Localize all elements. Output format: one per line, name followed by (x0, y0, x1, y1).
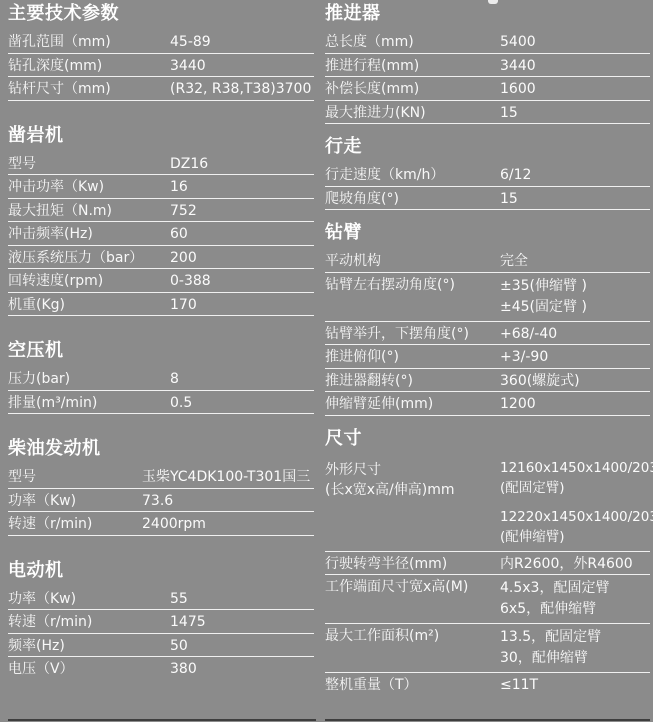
spec-label: 工作端面尺寸宽x高(M) (325, 578, 500, 597)
spec-value: ±35(伸缩臂 ) ±45(固定臂 ) (500, 276, 650, 318)
spec-label: 液压系统压力（bar） (8, 249, 170, 268)
spec-value: 15 (500, 190, 650, 209)
spec-label: 行走速度（km/h） (325, 166, 500, 185)
right-column: 推进器 总长度（mm) 5400 推进行程(mm) 3440 补偿长度(mm) … (325, 3, 650, 697)
section-air-compressor: 空压机 压力(bar) 8 排量(m³/min) 0.5 (8, 340, 314, 414)
bottom-divider-left (8, 719, 316, 721)
spec-value-alt: 12220x1450x1400/2035mm (配伸缩臂) (500, 507, 650, 547)
spec-label: 型号 (8, 155, 170, 174)
spec-row: 转速（r/min) 1475 (8, 610, 314, 634)
spec-value: 360(螺旋式) (500, 372, 650, 391)
spec-row: 伸缩臂延伸(mm) 1200 (325, 392, 650, 416)
section-title: 空压机 (8, 340, 314, 362)
spec-row: 最大扭矩（N.m) 752 (8, 199, 314, 223)
spec-value: +3/-90 (500, 348, 650, 367)
spec-label: 凿孔范围（mm) (8, 33, 170, 52)
spec-row: 型号 玉柴YC4DK100-T301国三 (8, 465, 314, 489)
spec-row: 频率(Hz) 50 (8, 634, 314, 658)
spec-label: 推进行程(mm) (325, 57, 500, 76)
section-feed: 推进器 总长度（mm) 5400 推进行程(mm) 3440 补偿长度(mm) … (325, 3, 650, 124)
spec-label: 频率(Hz) (8, 637, 170, 656)
spec-value: 0.5 (170, 394, 314, 413)
spec-row: 冲击频率(Hz) 60 (8, 222, 314, 246)
spec-label: 总长度（mm) (325, 33, 500, 52)
spec-label: 转速（r/min) (8, 613, 170, 632)
spec-label: 型号 (8, 468, 142, 487)
spec-row: 钻孔深度(mm) 3440 (8, 54, 314, 78)
spec-label: 外形尺寸 (长x宽x高/伸高)mm (325, 458, 500, 500)
spec-value: 3440 (500, 57, 650, 76)
section-title: 行走 (325, 136, 650, 158)
spec-label: 钻臂举升，下摆角度(°) (325, 325, 500, 344)
spec-value: 内R2600，外R4600 (500, 555, 650, 574)
spec-row: 整机重量（T） ≤11T (325, 673, 650, 697)
section-title: 尺寸 (325, 428, 650, 450)
spec-value: 完全 (500, 252, 650, 271)
spec-row: 回转速度(rpm) 0-388 (8, 269, 314, 293)
spec-label: 功率（Kw) (8, 492, 142, 511)
left-column: 主要技术参数 凿孔范围（mm) 45-89 钻孔深度(mm) 3440 钻杆尺寸… (8, 3, 314, 681)
spec-value: 4.5x3，配固定臂 6x5，配伸缩臂 (500, 578, 650, 620)
spec-value: 380 (170, 660, 314, 679)
spec-label: 转速（r/min) (8, 515, 142, 534)
section-title: 柴油发动机 (8, 438, 314, 460)
spec-row: 补偿长度(mm) 1600 (325, 77, 650, 101)
spec-value: 1600 (500, 80, 650, 99)
spec-row: 工作端面尺寸宽x高(M) 4.5x3，配固定臂 6x5，配伸缩臂 (325, 575, 650, 624)
spec-value: 200 (170, 249, 314, 268)
spec-label: 爬坡角度(°) (325, 190, 500, 209)
spec-row: 平动机构 完全 (325, 249, 650, 273)
spec-row: 转速（r/min) 2400rpm (8, 512, 314, 536)
spec-label: 钻孔深度(mm) (8, 57, 170, 76)
spec-value: 13.5，配固定臂 30，配伸缩臂 (500, 627, 650, 669)
spec-row: 行驶转弯半径(mm) 内R2600，外R4600 (325, 552, 650, 576)
spec-row: 爬坡角度(°) 15 (325, 187, 650, 211)
spec-row: 最大推进力(KN) 15 (325, 101, 650, 125)
section-title: 钻臂 (325, 222, 650, 244)
spec-label: 冲击功率（Kw) (8, 178, 170, 197)
spec-value: 玉柴YC4DK100-T301国三 (142, 468, 314, 487)
spec-row: 最大工作面积(m²) 13.5，配固定臂 30，配伸缩臂 (325, 624, 650, 673)
spec-row: 总长度（mm) 5400 (325, 30, 650, 54)
section-electric-motor: 电动机 功率（Kw) 55 转速（r/min) 1475 频率(Hz) 50 电… (8, 560, 314, 681)
spec-value: 73.6 (142, 492, 314, 511)
spec-row: 推进器翻转(°) 360(螺旋式) (325, 369, 650, 393)
spec-value: 6/12 (500, 166, 650, 185)
spec-label: 回转速度(rpm) (8, 272, 170, 291)
spec-label: 机重(Kg) (8, 296, 170, 315)
spec-value: 170 (170, 296, 314, 315)
spec-label: 推进器翻转(°) (325, 372, 500, 391)
spec-row: 液压系统压力（bar） 200 (8, 246, 314, 270)
spec-value: 15 (500, 104, 650, 123)
spec-row: 压力(bar) 8 (8, 367, 314, 391)
section-title: 凿岩机 (8, 125, 314, 147)
spec-row: 型号 DZ16 (8, 152, 314, 176)
spec-value: 1475 (170, 613, 314, 632)
spec-label: 压力(bar) (8, 370, 170, 389)
section-rock-drill: 凿岩机 型号 DZ16 冲击功率（Kw) 16 最大扭矩（N.m) 752 冲击… (8, 125, 314, 317)
bottom-divider-right (325, 719, 650, 721)
section-title: 电动机 (8, 560, 314, 582)
spec-label: 冲击频率(Hz) (8, 225, 170, 244)
spec-value: 752 (170, 202, 314, 221)
spec-value: +68/-40 (500, 325, 650, 344)
spec-row: 凿孔范围（mm) 45-89 (8, 30, 314, 54)
spec-label: 行驶转弯半径(mm) (325, 555, 500, 574)
spec-label: 补偿长度(mm) (325, 80, 500, 99)
spec-row: 钻杆尺寸（mm) (R32, R38,T38)3700 (8, 77, 314, 101)
section-title: 主要技术参数 (8, 3, 314, 25)
section-diesel-engine: 柴油发动机 型号 玉柴YC4DK100-T301国三 功率（Kw) 73.6 转… (8, 438, 314, 536)
spec-label: 钻杆尺寸（mm) (8, 80, 170, 99)
section-dimensions: 尺寸 外形尺寸 (长x宽x高/伸高)mm 12160x1450x1400/203… (325, 428, 650, 697)
spec-label: 电压（V） (8, 660, 170, 679)
spec-value: 5400 (500, 33, 650, 52)
spec-label: 伸缩臂延伸(mm) (325, 395, 500, 414)
spec-label: 功率（Kw) (8, 590, 170, 609)
spec-value: DZ16 (170, 155, 314, 174)
spec-label: 推进俯仰(°) (325, 348, 500, 367)
spec-value: (R32, R38,T38)3700 (170, 80, 314, 99)
spec-label: 钻臂左右摆动角度(°) (325, 276, 500, 295)
spec-value: 2400rpm (142, 515, 314, 534)
spec-value: 16 (170, 178, 314, 197)
spec-label: 最大扭矩（N.m) (8, 202, 170, 221)
spec-value: 0-388 (170, 272, 314, 291)
spec-row: 机重(Kg) 170 (8, 293, 314, 317)
spec-row: 外形尺寸 (长x宽x高/伸高)mm 12160x1450x1400/2035mm… (325, 455, 650, 552)
spec-row: 行走速度（km/h） 6/12 (325, 163, 650, 187)
spec-label: 排量(m³/min) (8, 394, 170, 413)
spec-value: 55 (170, 590, 314, 609)
spec-label: 最大推进力(KN) (325, 104, 500, 123)
spec-row: 冲击功率（Kw) 16 (8, 175, 314, 199)
spec-value: ≤11T (500, 676, 650, 695)
spec-value: 12160x1450x1400/2035mm (配固定臂) (500, 458, 650, 498)
spec-value: 8 (170, 370, 314, 389)
spec-value: 60 (170, 225, 314, 244)
spec-value: 45-89 (170, 33, 314, 52)
spec-row: 功率（Kw) 55 (8, 587, 314, 611)
spec-row: 钻臂左右摆动角度(°) ±35(伸缩臂 ) ±45(固定臂 ) (325, 273, 650, 322)
spec-row: 排量(m³/min) 0.5 (8, 391, 314, 415)
section-drill-boom: 钻臂 平动机构 完全 钻臂左右摆动角度(°) ±35(伸缩臂 ) ±45(固定臂… (325, 222, 650, 416)
spec-row: 功率（Kw) 73.6 (8, 489, 314, 513)
spec-value: 3440 (170, 57, 314, 76)
spec-value: 50 (170, 637, 314, 656)
spec-value: 1200 (500, 395, 650, 414)
spec-label: 整机重量（T） (325, 676, 500, 695)
spec-row: 钻臂举升，下摆角度(°) +68/-40 (325, 322, 650, 346)
section-title: 推进器 (325, 3, 650, 25)
spec-row: 推进俯仰(°) +3/-90 (325, 345, 650, 369)
section-main-parameters: 主要技术参数 凿孔范围（mm) 45-89 钻孔深度(mm) 3440 钻杆尺寸… (8, 3, 314, 101)
spec-label: 最大工作面积(m²) (325, 627, 500, 646)
section-travel: 行走 行走速度（km/h） 6/12 爬坡角度(°) 15 (325, 136, 650, 210)
spec-label: 平动机构 (325, 252, 500, 271)
spec-row: 推进行程(mm) 3440 (325, 54, 650, 78)
spec-row: 电压（V） 380 (8, 657, 314, 681)
